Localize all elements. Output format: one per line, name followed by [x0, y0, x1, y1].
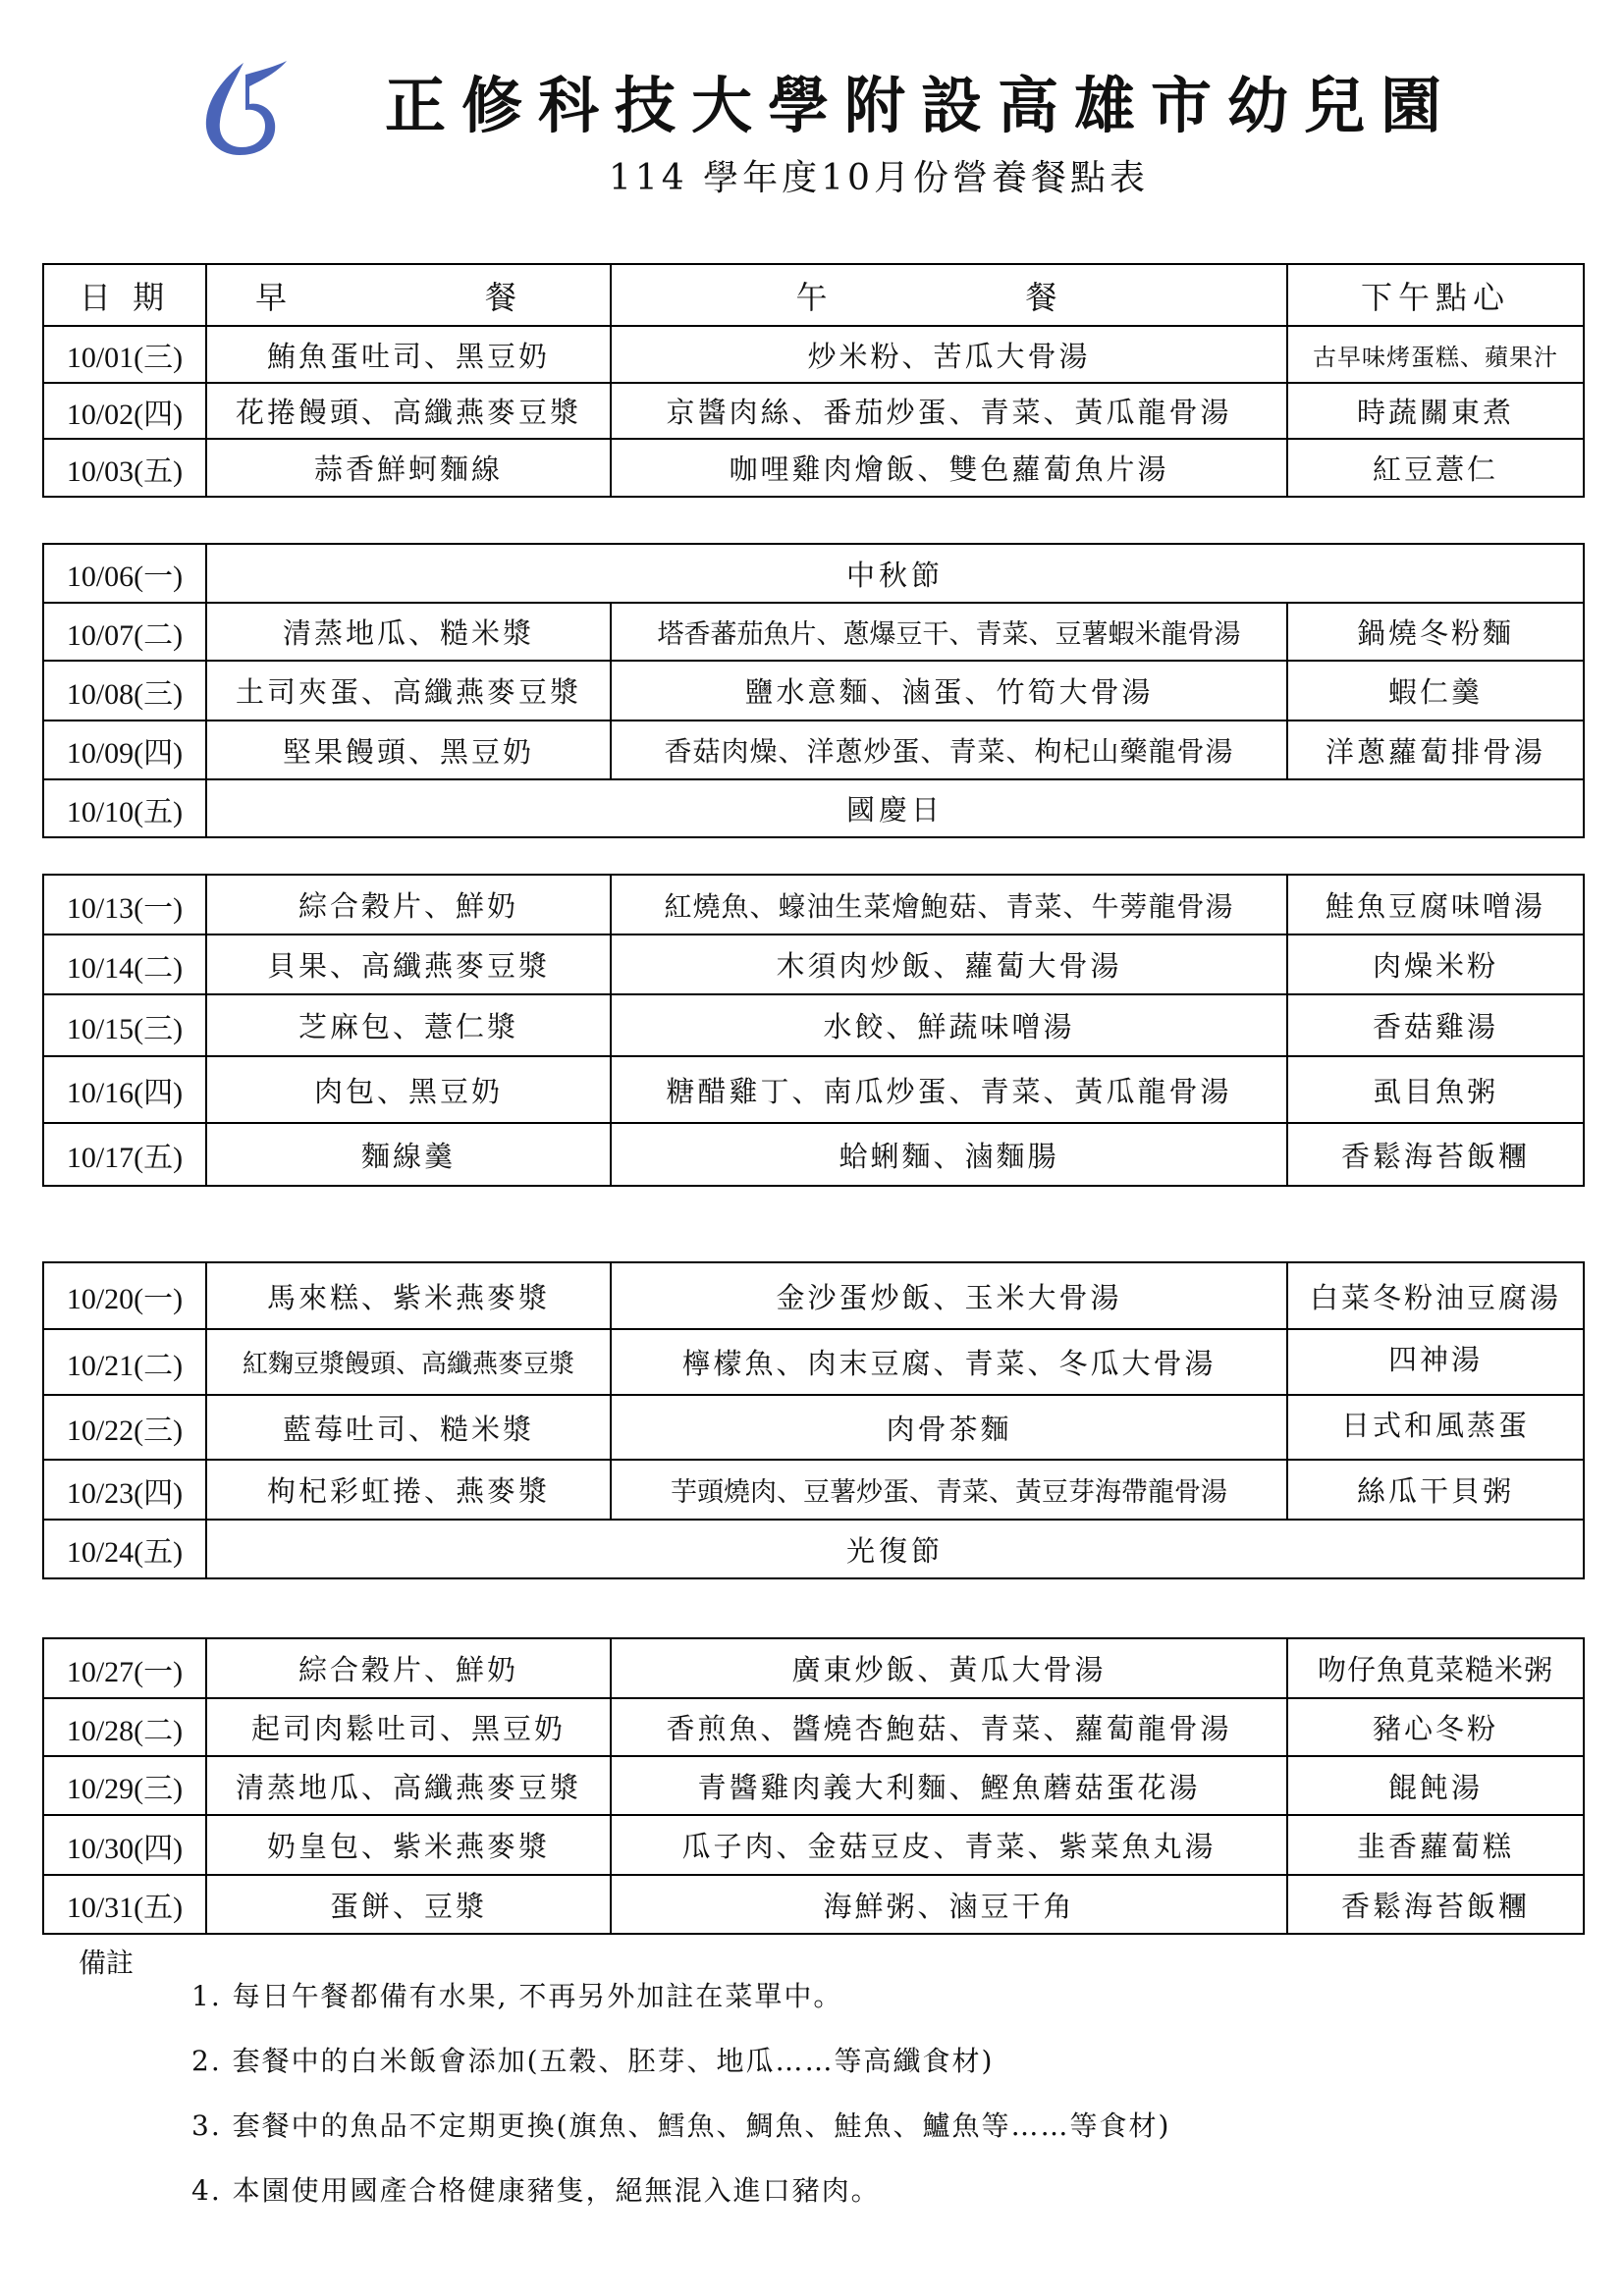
lunch-cell: 咖哩雞肉燴飯、雙色蘿蔔魚片湯: [611, 439, 1287, 497]
holiday-row: 10/10(五) 國慶日: [43, 779, 1584, 837]
breakfast-cell: 堅果饅頭、黑豆奶: [206, 721, 611, 779]
lunch-cell: 香煎魚、醬燒杏鮑菇、青菜、蘿蔔龍骨湯: [611, 1698, 1287, 1756]
date-cell: 10/31(五): [43, 1875, 206, 1934]
date-cell: 10/01(三): [43, 326, 206, 383]
breakfast-cell: 馬來糕、紫米燕麥漿: [206, 1262, 611, 1329]
table-row: 10/21(二) 紅麴豆漿饅頭、高纖燕麥豆漿 檸檬魚、肉末豆腐、青菜、冬瓜大骨湯…: [43, 1329, 1584, 1395]
lunch-cell: 木須肉炒飯、蘿蔔大骨湯: [611, 934, 1287, 994]
breakfast-cell: 肉包、黑豆奶: [206, 1056, 611, 1123]
lunch-cell: 肉骨茶麵: [611, 1395, 1287, 1460]
date-cell: 10/27(一): [43, 1638, 206, 1698]
table-row: 10/16(四) 肉包、黑豆奶 糖醋雞丁、南瓜炒蛋、青菜、黃瓜龍骨湯 虱目魚粥: [43, 1056, 1584, 1123]
breakfast-cell: 麵線羹: [206, 1123, 611, 1186]
date-cell: 10/10(五): [43, 779, 206, 837]
holiday-row: 10/24(五) 光復節: [43, 1520, 1584, 1578]
holiday-row: 10/06(一) 中秋節: [43, 544, 1584, 603]
date-cell: 10/15(三): [43, 994, 206, 1056]
table-row: 10/31(五) 蛋餅、豆漿 海鮮粥、滷豆干角 香鬆海苔飯糰: [43, 1875, 1584, 1934]
date-cell: 10/13(一): [43, 875, 206, 934]
lunch-cell: 京醬肉絲、番茄炒蛋、青菜、黃瓜龍骨湯: [611, 383, 1287, 439]
date-cell: 10/28(二): [43, 1698, 206, 1756]
column-header-snack: 下午點心: [1287, 264, 1584, 326]
snack-cell: 絲瓜干貝粥: [1287, 1460, 1584, 1520]
lunch-cell: 檸檬魚、肉末豆腐、青菜、冬瓜大骨湯: [611, 1329, 1287, 1395]
notes-list: 1. 每日午餐都備有水果, 不再另外加註在菜單中。 2. 套餐中的白米飯會添加(…: [191, 1975, 1170, 2234]
breakfast-cell: 土司夾蛋、高纖燕麥豆漿: [206, 661, 611, 721]
date-cell: 10/08(三): [43, 661, 206, 721]
date-cell: 10/29(三): [43, 1756, 206, 1815]
menu-table-week-3: 10/13(一) 綜合穀片、鮮奶 紅燒魚、蠔油生菜燴鮑菇、青菜、牛蒡龍骨湯 鮭魚…: [42, 874, 1585, 1187]
snack-cell: 日式和風蒸蛋: [1287, 1395, 1584, 1460]
snack-cell: 香鬆海苔飯糰: [1287, 1875, 1584, 1934]
table-row: 10/27(一) 綜合穀片、鮮奶 廣東炒飯、黃瓜大骨湯 吻仔魚莧菜糙米粥: [43, 1638, 1584, 1698]
lunch-cell: 糖醋雞丁、南瓜炒蛋、青菜、黃瓜龍骨湯: [611, 1056, 1287, 1123]
snack-cell: 香鬆海苔飯糰: [1287, 1123, 1584, 1186]
column-header-lunch: 午 餐: [611, 264, 1287, 326]
table-row: 10/30(四) 奶皇包、紫米燕麥漿 瓜子肉、金菇豆皮、青菜、紫菜魚丸湯 韭香蘿…: [43, 1815, 1584, 1875]
date-cell: 10/30(四): [43, 1815, 206, 1875]
menu-table-week-1: 日 期 早 餐 午 餐 下午點心 10/01(三) 鮪魚蛋吐司、黑豆奶 炒米粉、…: [42, 263, 1585, 498]
menu-table-week-2: 10/06(一) 中秋節 10/07(二) 清蒸地瓜、糙米漿 塔香蕃茄魚片、蔥爆…: [42, 543, 1585, 838]
snack-cell: 白菜冬粉油豆腐湯: [1287, 1262, 1584, 1329]
date-cell: 10/07(二): [43, 603, 206, 661]
snack-cell: 豬心冬粉: [1287, 1698, 1584, 1756]
snack-cell: 香菇雞湯: [1287, 994, 1584, 1056]
date-cell: 10/23(四): [43, 1460, 206, 1520]
snack-cell: 韭香蘿蔔糕: [1287, 1815, 1584, 1875]
snack-cell: 四神湯: [1287, 1329, 1584, 1395]
table-row: 10/29(三) 清蒸地瓜、高纖燕麥豆漿 青醬雞肉義大利麵、鰹魚蘑菇蛋花湯 餛飩…: [43, 1756, 1584, 1815]
holiday-cell: 國慶日: [206, 779, 1584, 837]
menu-table-week-5: 10/27(一) 綜合穀片、鮮奶 廣東炒飯、黃瓜大骨湯 吻仔魚莧菜糙米粥 10/…: [42, 1637, 1585, 1935]
date-cell: 10/24(五): [43, 1520, 206, 1578]
breakfast-cell: 奶皇包、紫米燕麥漿: [206, 1815, 611, 1875]
snack-cell: 蝦仁羹: [1287, 661, 1584, 721]
breakfast-cell: 清蒸地瓜、糙米漿: [206, 603, 611, 661]
date-cell: 10/17(五): [43, 1123, 206, 1186]
date-cell: 10/16(四): [43, 1056, 206, 1123]
table-row: 10/22(三) 藍莓吐司、糙米漿 肉骨茶麵 日式和風蒸蛋: [43, 1395, 1584, 1460]
lunch-cell: 瓜子肉、金菇豆皮、青菜、紫菜魚丸湯: [611, 1815, 1287, 1875]
snack-cell: 洋蔥蘿蔔排骨湯: [1287, 721, 1584, 779]
lunch-cell: 青醬雞肉義大利麵、鰹魚蘑菇蛋花湯: [611, 1756, 1287, 1815]
holiday-cell: 中秋節: [206, 544, 1584, 603]
snack-cell: 虱目魚粥: [1287, 1056, 1584, 1123]
lunch-cell: 廣東炒飯、黃瓜大骨湯: [611, 1638, 1287, 1698]
table-row: 10/02(四) 花捲饅頭、高纖燕麥豆漿 京醬肉絲、番茄炒蛋、青菜、黃瓜龍骨湯 …: [43, 383, 1584, 439]
breakfast-cell: 紅麴豆漿饅頭、高纖燕麥豆漿: [206, 1329, 611, 1395]
lunch-cell: 塔香蕃茄魚片、蔥爆豆干、青菜、豆薯蝦米龍骨湯: [611, 603, 1287, 661]
table-row: 10/15(三) 芝麻包、薏仁漿 水餃、鮮蔬味噌湯 香菇雞湯: [43, 994, 1584, 1056]
note-item: 4. 本園使用國產合格健康豬隻，絕無混入進口豬肉。: [191, 2169, 1170, 2234]
lunch-cell: 香菇肉燥、洋蔥炒蛋、青菜、枸杞山藥龍骨湯: [611, 721, 1287, 779]
date-cell: 10/06(一): [43, 544, 206, 603]
note-item: 3. 套餐中的魚品不定期更換(旗魚、鱈魚、鯛魚、鮭魚、鱸魚等……等食材): [191, 2105, 1170, 2169]
date-cell: 10/22(三): [43, 1395, 206, 1460]
breakfast-cell: 芝麻包、薏仁漿: [206, 994, 611, 1056]
table-row: 10/07(二) 清蒸地瓜、糙米漿 塔香蕃茄魚片、蔥爆豆干、青菜、豆薯蝦米龍骨湯…: [43, 603, 1584, 661]
breakfast-cell: 枸杞彩虹捲、燕麥漿: [206, 1460, 611, 1520]
table-row: 10/28(二) 起司肉鬆吐司、黑豆奶 香煎魚、醬燒杏鮑菇、青菜、蘿蔔龍骨湯 豬…: [43, 1698, 1584, 1756]
menu-table-week-4: 10/20(一) 馬來糕、紫米燕麥漿 金沙蛋炒飯、玉米大骨湯 白菜冬粉油豆腐湯 …: [42, 1261, 1585, 1579]
table-row: 10/14(二) 貝果、高纖燕麥豆漿 木須肉炒飯、蘿蔔大骨湯 肉燥米粉: [43, 934, 1584, 994]
table-row: 10/23(四) 枸杞彩虹捲、燕麥漿 芋頭燒肉、豆薯炒蛋、青菜、黃豆芽海帶龍骨湯…: [43, 1460, 1584, 1520]
table-row: 10/17(五) 麵線羹 蛤蜊麵、滷麵腸 香鬆海苔飯糰: [43, 1123, 1584, 1186]
date-cell: 10/14(二): [43, 934, 206, 994]
snack-cell: 餛飩湯: [1287, 1756, 1584, 1815]
breakfast-cell: 綜合穀片、鮮奶: [206, 875, 611, 934]
snack-cell: 古早味烤蛋糕、蘋果汁: [1287, 326, 1584, 383]
snack-cell: 肉燥米粉: [1287, 934, 1584, 994]
date-cell: 10/09(四): [43, 721, 206, 779]
page-title: 正修科技大學附設高雄市幼兒園: [385, 69, 1386, 143]
breakfast-cell: 綜合穀片、鮮奶: [206, 1638, 611, 1698]
lunch-cell: 蛤蜊麵、滷麵腸: [611, 1123, 1287, 1186]
table-header-row: 日 期 早 餐 午 餐 下午點心: [43, 264, 1584, 326]
breakfast-cell: 蒜香鮮蚵麵線: [206, 439, 611, 497]
table-row: 10/09(四) 堅果饅頭、黑豆奶 香菇肉燥、洋蔥炒蛋、青菜、枸杞山藥龍骨湯 洋…: [43, 721, 1584, 779]
date-cell: 10/03(五): [43, 439, 206, 497]
column-header-date: 日 期: [43, 264, 206, 326]
lunch-cell: 鹽水意麵、滷蛋、竹筍大骨湯: [611, 661, 1287, 721]
date-cell: 10/20(一): [43, 1262, 206, 1329]
breakfast-cell: 貝果、高纖燕麥豆漿: [206, 934, 611, 994]
table-row: 10/01(三) 鮪魚蛋吐司、黑豆奶 炒米粉、苦瓜大骨湯 古早味烤蛋糕、蘋果汁: [43, 326, 1584, 383]
breakfast-cell: 起司肉鬆吐司、黑豆奶: [206, 1698, 611, 1756]
snack-cell: 吻仔魚莧菜糙米粥: [1287, 1638, 1584, 1698]
lunch-cell: 炒米粉、苦瓜大骨湯: [611, 326, 1287, 383]
table-row: 10/03(五) 蒜香鮮蚵麵線 咖哩雞肉燴飯、雙色蘿蔔魚片湯 紅豆薏仁: [43, 439, 1584, 497]
date-cell: 10/02(四): [43, 383, 206, 439]
breakfast-cell: 蛋餅、豆漿: [206, 1875, 611, 1934]
breakfast-cell: 花捲饅頭、高纖燕麥豆漿: [206, 383, 611, 439]
lunch-cell: 芋頭燒肉、豆薯炒蛋、青菜、黃豆芽海帶龍骨湯: [611, 1460, 1287, 1520]
note-item: 2. 套餐中的白米飯會添加(五穀、胚芽、地瓜……等高纖食材): [191, 2040, 1170, 2105]
column-header-breakfast: 早 餐: [206, 264, 611, 326]
breakfast-cell: 清蒸地瓜、高纖燕麥豆漿: [206, 1756, 611, 1815]
holiday-cell: 光復節: [206, 1520, 1584, 1578]
notes-label: 備註: [79, 1942, 134, 1981]
date-cell: 10/21(二): [43, 1329, 206, 1395]
snack-cell: 鍋燒冬粉麵: [1287, 603, 1584, 661]
page-subtitle: 114 學年度10月份營養餐點表: [609, 155, 1218, 202]
table-row: 10/20(一) 馬來糕、紫米燕麥漿 金沙蛋炒飯、玉米大骨湯 白菜冬粉油豆腐湯: [43, 1262, 1584, 1329]
note-item: 1. 每日午餐都備有水果, 不再另外加註在菜單中。: [191, 1975, 1170, 2040]
breakfast-cell: 鮪魚蛋吐司、黑豆奶: [206, 326, 611, 383]
lunch-cell: 水餃、鮮蔬味噌湯: [611, 994, 1287, 1056]
snack-cell: 鮭魚豆腐味噌湯: [1287, 875, 1584, 934]
lunch-cell: 金沙蛋炒飯、玉米大骨湯: [611, 1262, 1287, 1329]
lunch-cell: 海鮮粥、滷豆干角: [611, 1875, 1287, 1934]
table-row: 10/08(三) 土司夾蛋、高纖燕麥豆漿 鹽水意麵、滷蛋、竹筍大骨湯 蝦仁羹: [43, 661, 1584, 721]
table-row: 10/13(一) 綜合穀片、鮮奶 紅燒魚、蠔油生菜燴鮑菇、青菜、牛蒡龍骨湯 鮭魚…: [43, 875, 1584, 934]
snack-cell: 紅豆薏仁: [1287, 439, 1584, 497]
breakfast-cell: 藍莓吐司、糙米漿: [206, 1395, 611, 1460]
school-logo-icon: [200, 59, 291, 157]
lunch-cell: 紅燒魚、蠔油生菜燴鮑菇、青菜、牛蒡龍骨湯: [611, 875, 1287, 934]
snack-cell: 時蔬關東煮: [1287, 383, 1584, 439]
